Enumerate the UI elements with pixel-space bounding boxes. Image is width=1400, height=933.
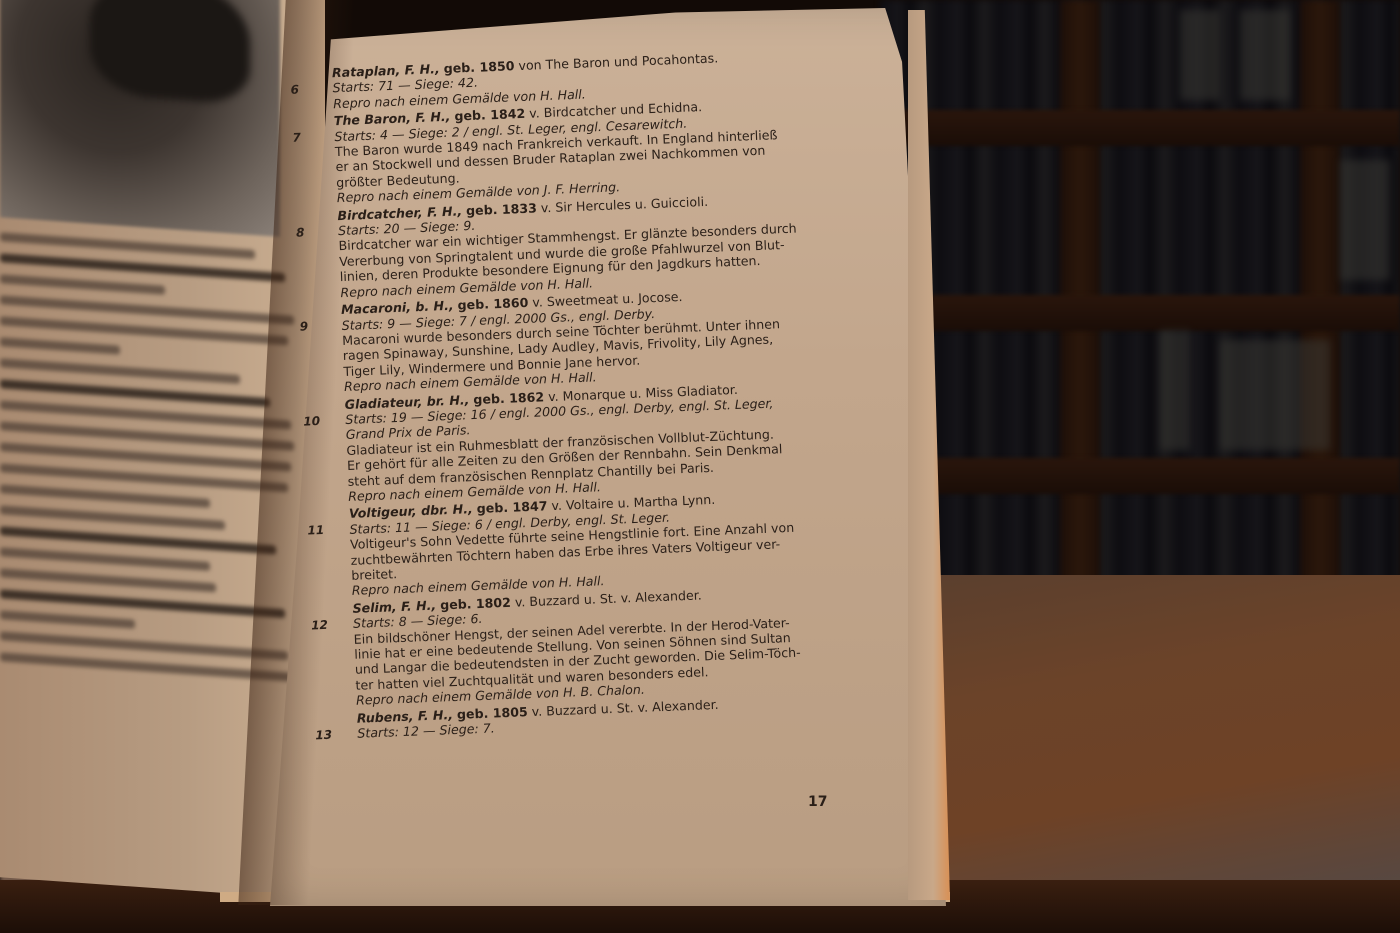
entry: 7 The Baron, F. H., geb. 1842 v. Birdcat… bbox=[272, 95, 805, 208]
entry-number: 10 bbox=[303, 413, 320, 429]
entry-number: 7 bbox=[292, 131, 301, 147]
book-spine bbox=[1180, 10, 1220, 100]
entry: 8 Birdcatcher, F. H., geb. 1833 v. Sir H… bbox=[275, 190, 808, 303]
birth-year: geb. 1805 bbox=[457, 704, 528, 722]
book-spine bbox=[1160, 330, 1190, 450]
birth-year: geb. 1802 bbox=[440, 595, 511, 613]
birth-year: geb. 1842 bbox=[454, 106, 525, 124]
entry: 11 Voltigeur, dbr. H., geb. 1847 v. Volt… bbox=[287, 488, 820, 601]
horse-photo bbox=[0, 0, 280, 237]
entry-number: 6 bbox=[290, 83, 299, 99]
entry: 10 Gladiateur, br. H., geb. 1862 v. Mona… bbox=[282, 379, 816, 507]
shelf-board bbox=[880, 110, 1400, 146]
birth-year: geb. 1850 bbox=[443, 58, 514, 76]
entry: 9 Macaroni, b. H., geb. 1860 v. Sweetmea… bbox=[279, 284, 812, 397]
book-spine bbox=[1340, 160, 1390, 280]
birth-year: geb. 1833 bbox=[466, 200, 537, 218]
page-number: 17 bbox=[808, 794, 827, 810]
entries-list: 6 Rataplan, F. H., geb. 1850 von The Bar… bbox=[270, 47, 826, 745]
entry-number: 9 bbox=[299, 319, 308, 335]
book-spine bbox=[1240, 10, 1290, 100]
horse-silhouette bbox=[90, 0, 250, 105]
shelf-board bbox=[880, 295, 1400, 331]
shelf-board bbox=[880, 458, 1400, 494]
entry-number: 11 bbox=[307, 523, 324, 539]
birth-year: geb. 1860 bbox=[457, 295, 528, 313]
entry-number: 12 bbox=[311, 618, 328, 634]
entry-number: 13 bbox=[315, 727, 332, 743]
entry: 12 Selim, F. H., geb. 1802 v. Buzzard u.… bbox=[290, 583, 824, 711]
book-spine bbox=[1220, 340, 1330, 450]
entry-number: 8 bbox=[296, 225, 305, 241]
